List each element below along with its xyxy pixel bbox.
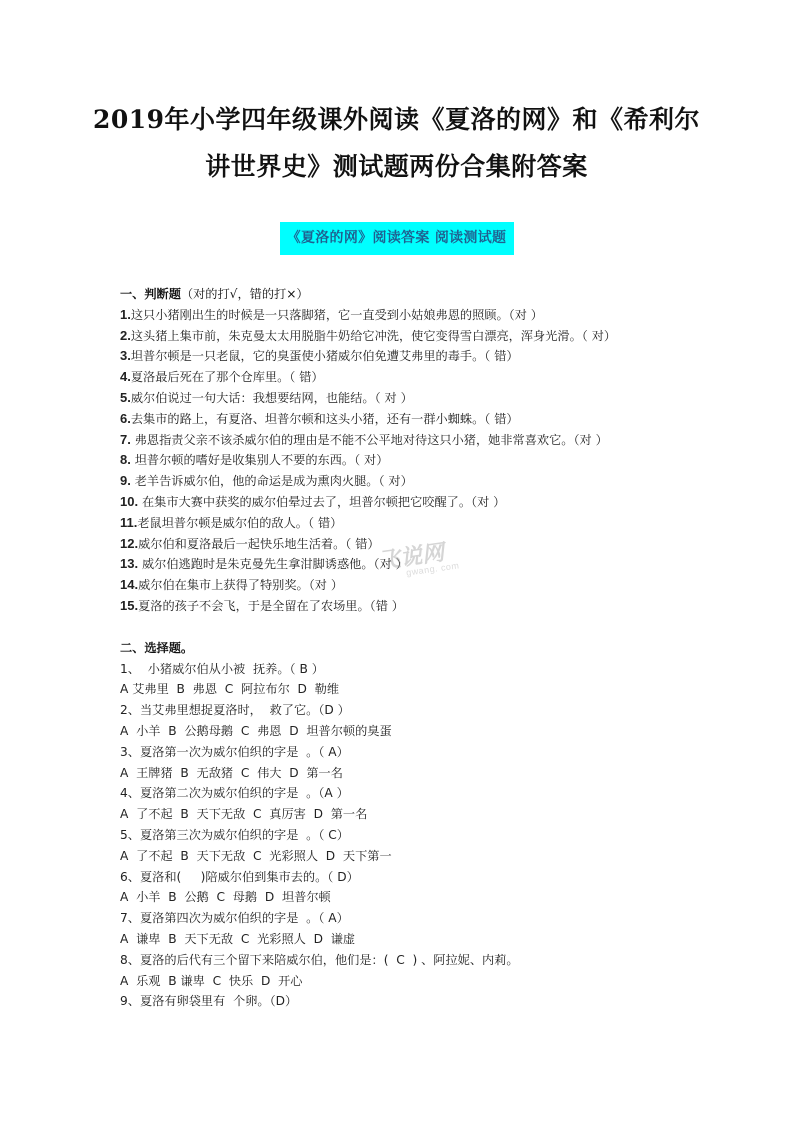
true-false-item: 10. 在集市大赛中获奖的威尔伯晕过去了，坦普尔顿把它咬醒了。（对 ） xyxy=(120,492,710,513)
document-body: 一、判断题（对的打√，错的打×） 1.这只小猪刚出生的时候是一只落脚猪，它一直受… xyxy=(120,284,710,1012)
spacer xyxy=(120,617,710,638)
section-subtitle: 《夏洛的网》阅读答案 阅读测试题 xyxy=(280,222,514,255)
item-number: 9. xyxy=(120,473,131,488)
question-line: 8、夏洛的后代有三个留下来陪威尔伯，他们是：( C ) 、阿拉妮、内莉。 xyxy=(120,950,710,971)
section1-title: 一、判断题 xyxy=(120,287,181,301)
true-false-item: 9. 老羊告诉威尔伯，他的命运是成为熏肉火腿。（ 对） xyxy=(120,471,710,492)
item-text: 威尔伯在集市上获得了特别奖。（对 ） xyxy=(138,578,343,592)
item-number: 11. xyxy=(120,515,137,530)
item-text: 去集市的路上，有夏洛、坦普尔顿和这头小猪，还有一群小蜘蛛。（ 错） xyxy=(131,412,519,426)
true-false-item: 2.这头猪上集市前，朱克曼太太用脱脂牛奶给它冲洗，使它变得雪白漂亮，浑身光滑。（… xyxy=(120,326,710,347)
item-number: 4. xyxy=(120,369,131,384)
item-text: 夏洛的孩子不会飞，于是全留在了农场里。（错 ） xyxy=(138,599,404,613)
item-number: 13. xyxy=(120,556,138,571)
true-false-item: 15.夏洛的孩子不会飞，于是全留在了农场里。（错 ） xyxy=(120,596,710,617)
item-text: 坦普尔顿是一只老鼠，它的臭蛋使小猪威尔伯免遭艾弗里的毒手。（ 错） xyxy=(131,349,519,363)
section1-note: （对的打√，错的打×） xyxy=(181,287,309,301)
subtitle-container: 《夏洛的网》阅读答案 阅读测试题 xyxy=(0,222,793,255)
question-line: 7、夏洛第四次为威尔伯织的字是 。（ A） xyxy=(120,908,710,929)
true-false-item: 14.威尔伯在集市上获得了特别奖。（对 ） xyxy=(120,575,710,596)
true-false-list: 1.这只小猪刚出生的时候是一只落脚猪，它一直受到小姑娘弗恩的照顾。（对 ）2.这… xyxy=(120,305,710,617)
item-number: 8. xyxy=(120,452,131,467)
true-false-item: 8. 坦普尔顿的嗜好是收集别人不要的东西。（ 对） xyxy=(120,450,710,471)
item-number: 1. xyxy=(120,307,131,322)
options-line: A 了不起 B 天下无敌 C 光彩照人 D 天下第一 xyxy=(120,846,710,867)
item-number: 14. xyxy=(120,577,138,592)
item-text: 弗恩指责父亲不该杀威尔伯的理由是不能不公平地对待这只小猪，她非常喜欢它。（对 ） xyxy=(131,433,608,447)
item-text: 夏洛最后死在了那个仓库里。（ 错） xyxy=(131,370,324,384)
item-text: 老鼠坦普尔顿是威尔伯的敌人。（ 错） xyxy=(137,516,342,530)
options-line: A 艾弗里 B 弗恩 C 阿拉布尔 D 勒维 xyxy=(120,679,710,700)
item-number: 10. xyxy=(120,494,138,509)
question-line: 9、夏洛有卵袋里有 个卵。（D） xyxy=(120,991,710,1012)
true-false-item: 4.夏洛最后死在了那个仓库里。（ 错） xyxy=(120,367,710,388)
item-text: 威尔伯说过一句大话：我想要结网，也能结。（ 对 ） xyxy=(131,391,413,405)
true-false-item: 13. 威尔伯逃跑时是朱克曼先生拿泔脚诱惑他。（对 ） xyxy=(120,554,710,575)
title-line-2: 讲世界史》测试题两份合集附答案 xyxy=(0,143,793,190)
section1-heading: 一、判断题（对的打√，错的打×） xyxy=(120,284,710,305)
item-number: 3. xyxy=(120,348,131,363)
item-number: 5. xyxy=(120,390,131,405)
item-number: 2. xyxy=(120,328,131,343)
true-false-item: 12.威尔伯和夏洛最后一起快乐地生活着。（ 错） xyxy=(120,534,710,555)
page-title: 2019年小学四年级课外阅读《夏洛的网》和《希利尔 讲世界史》测试题两份合集附答… xyxy=(0,96,793,190)
item-text: 威尔伯逃跑时是朱克曼先生拿泔脚诱惑他。（对 ） xyxy=(138,557,408,571)
multiple-choice-list: 1、 小猪威尔伯从小被 抚养。（ B ）A 艾弗里 B 弗恩 C 阿拉布尔 D … xyxy=(120,659,710,1013)
item-text: 老羊告诉威尔伯，他的命运是成为熏肉火腿。（ 对） xyxy=(131,474,413,488)
options-line: A 王牌猪 B 无敌猪 C 伟大 D 第一名 xyxy=(120,763,710,784)
question-line: 2、当艾弗里想捉夏洛时， 救了它。（D ） xyxy=(120,700,710,721)
true-false-item: 1.这只小猪刚出生的时候是一只落脚猪，它一直受到小姑娘弗恩的照顾。（对 ） xyxy=(120,305,710,326)
true-false-item: 3.坦普尔顿是一只老鼠，它的臭蛋使小猪威尔伯免遭艾弗里的毒手。（ 错） xyxy=(120,346,710,367)
section2-heading: 二、选择题。 xyxy=(120,638,710,659)
question-line: 3、夏洛第一次为威尔伯织的字是 。（ A） xyxy=(120,742,710,763)
item-text: 在集市大赛中获奖的威尔伯晕过去了，坦普尔顿把它咬醒了。（对 ） xyxy=(138,495,505,509)
true-false-item: 6.去集市的路上，有夏洛、坦普尔顿和这头小猪，还有一群小蜘蛛。（ 错） xyxy=(120,409,710,430)
item-number: 6. xyxy=(120,411,131,426)
item-number: 12. xyxy=(120,536,138,551)
item-text: 坦普尔顿的嗜好是收集别人不要的东西。（ 对） xyxy=(131,453,389,467)
options-line: A 谦卑 B 天下无敌 C 光彩照人 D 谦虚 xyxy=(120,929,710,950)
question-line: 6、夏洛和( )陪威尔伯到集市去的。（ D） xyxy=(120,867,710,888)
title-line-1: 2019年小学四年级课外阅读《夏洛的网》和《希利尔 xyxy=(0,96,793,143)
options-line: A 小羊 B 公鹅 C 母鹅 D 坦普尔顿 xyxy=(120,887,710,908)
item-number: 7. xyxy=(120,432,131,447)
true-false-item: 11.老鼠坦普尔顿是威尔伯的敌人。（ 错） xyxy=(120,513,710,534)
question-line: 5、夏洛第三次为威尔伯织的字是 。（ C） xyxy=(120,825,710,846)
item-text: 这只小猪刚出生的时候是一只落脚猪，它一直受到小姑娘弗恩的照顾。（对 ） xyxy=(131,308,543,322)
item-text: 威尔伯和夏洛最后一起快乐地生活着。（ 错） xyxy=(138,537,380,551)
true-false-item: 5.威尔伯说过一句大话：我想要结网，也能结。（ 对 ） xyxy=(120,388,710,409)
question-line: 4、夏洛第二次为威尔伯织的字是 。（A ） xyxy=(120,783,710,804)
item-text: 这头猪上集市前，朱克曼太太用脱脂牛奶给它冲洗，使它变得雪白漂亮，浑身光滑。（ 对… xyxy=(131,329,616,343)
options-line: A 了不起 B 天下无敌 C 真厉害 D 第一名 xyxy=(120,804,710,825)
options-line: A 乐观 B 谦卑 C 快乐 D 开心 xyxy=(120,971,710,992)
item-number: 15. xyxy=(120,598,138,613)
question-line: 1、 小猪威尔伯从小被 抚养。（ B ） xyxy=(120,659,710,680)
options-line: A 小羊 B 公鹅母鹅 C 弗恩 D 坦普尔顿的臭蛋 xyxy=(120,721,710,742)
true-false-item: 7. 弗恩指责父亲不该杀威尔伯的理由是不能不公平地对待这只小猪，她非常喜欢它。（… xyxy=(120,430,710,451)
